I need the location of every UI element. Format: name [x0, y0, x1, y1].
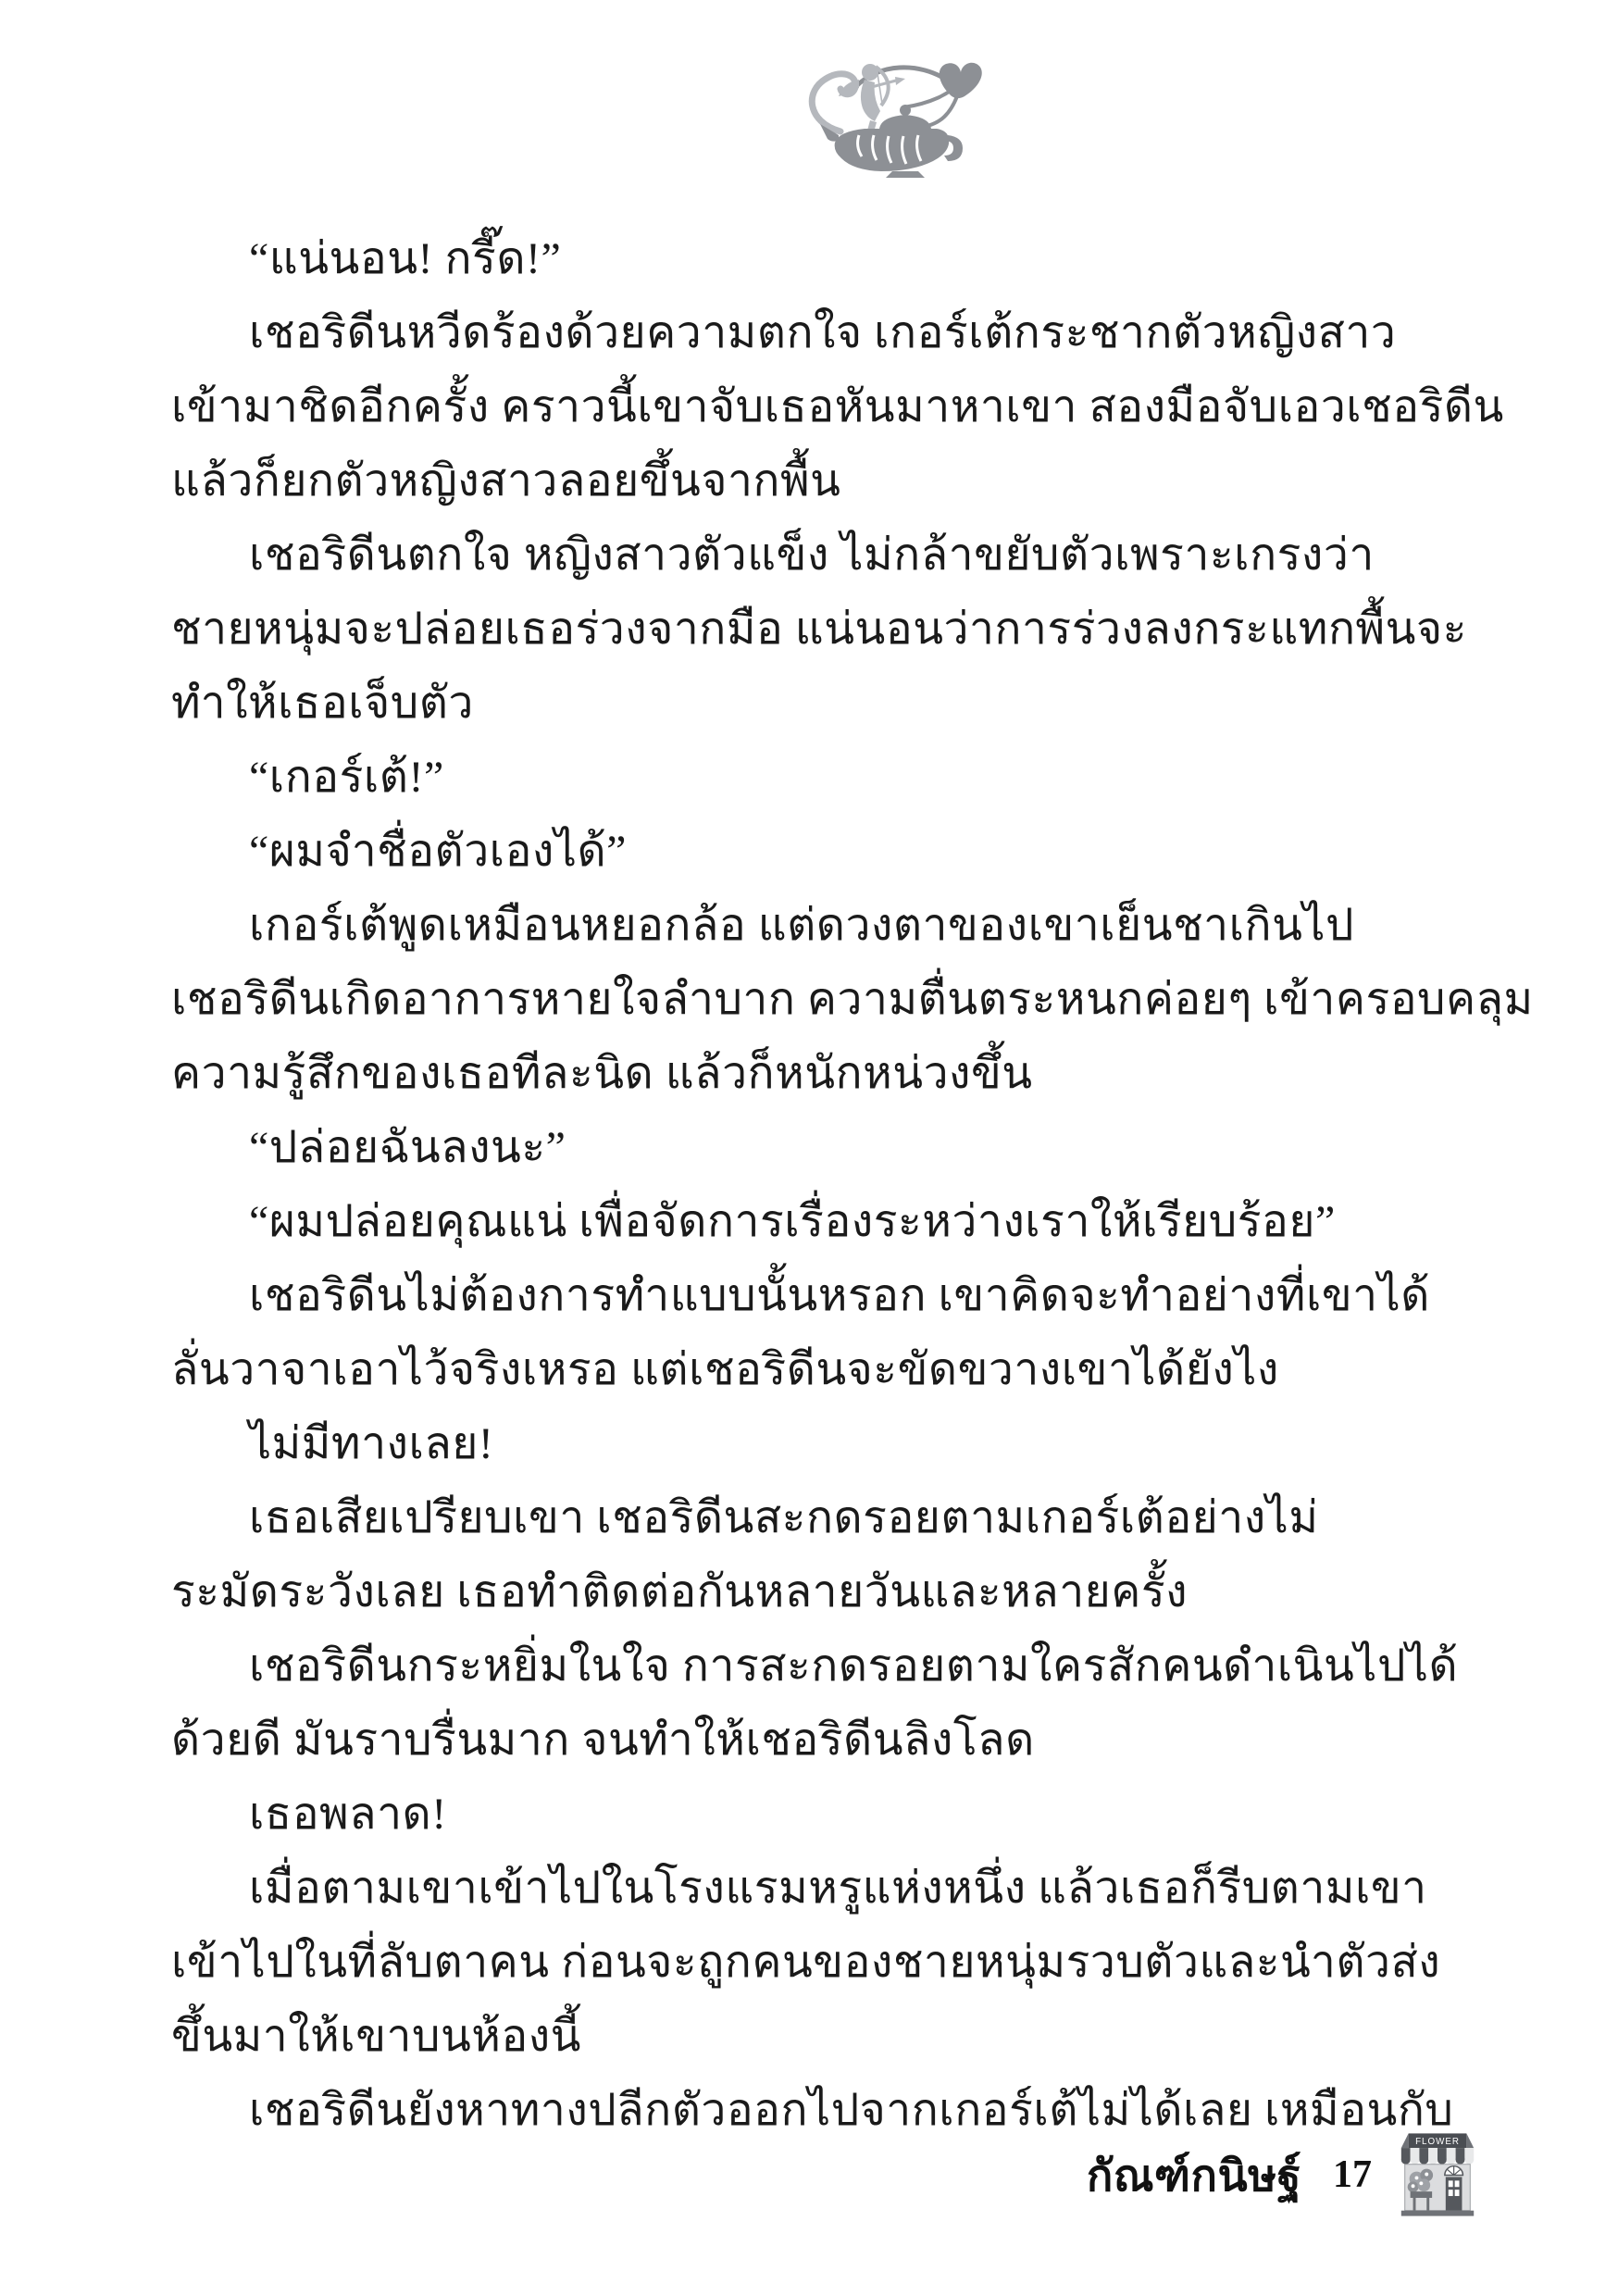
paragraph: “ปล่อยฉันลงนะ”	[171, 1111, 1458, 1185]
text-line: ขึ้นมาให้เขาบนห้องนี้	[171, 2000, 1458, 2074]
text-line: ระมัดระวังเลย เธอทำติดต่อกันหลายวันและหล…	[171, 1555, 1458, 1629]
text-block: “แน่นอน! กรี๊ด!”เชอริดีนหวีดร้องด้วยความ…	[171, 222, 1458, 2148]
text-line: “ผมจำชื่อตัวเองได้”	[171, 815, 1458, 889]
text-line: เข้ามาชิดอีกครั้ง คราวนี้เขาจับเธอหันมาห…	[171, 370, 1458, 444]
text-line: ความรู้สึกของเธอทีละนิด แล้วก็หนักหน่วงข…	[171, 1037, 1458, 1111]
text-line: เชอริดีนหวีดร้องด้วยความตกใจ เกอร์เต้กระ…	[171, 296, 1458, 370]
text-line: ลั่นวาจาเอาไว้จริงเหรอ แต่เชอริดีนจะขัดข…	[171, 1333, 1458, 1407]
page-footer: กัณฑ์กนิษฐ์ 17 FLOWER	[1087, 2128, 1483, 2222]
text-line: “แน่นอน! กรี๊ด!”	[171, 222, 1458, 296]
page-number: 17	[1333, 2152, 1372, 2197]
flower-shop-icon: FLOWER	[1392, 2131, 1483, 2218]
paragraph: ไม่มีทางเลย!	[171, 1407, 1458, 1481]
paragraph: เชอริดีนไม่ต้องการทำแบบนั้นหรอก เขาคิดจะ…	[171, 1259, 1458, 1407]
awning	[1401, 2148, 1474, 2165]
text-line: ไม่มีทางเลย!	[171, 1407, 1458, 1481]
text-line: “ปล่อยฉันลงนะ”	[171, 1111, 1458, 1185]
paragraph: เมื่อตามเขาเข้าไปในโรงแรมหรูแห่งหนึ่ง แล…	[171, 1852, 1458, 2074]
text-line: ทำให้เธอเจ็บตัว	[171, 667, 1458, 741]
text-line: “เกอร์เต้!”	[171, 741, 1458, 815]
text-line: เชอริดีนกระหยิ่มในใจ การสะกดรอยตามใครสัก…	[171, 1629, 1458, 1703]
text-line: เชอริดีนตกใจ หญิงสาวตัวแข็ง ไม่กล้าขยับต…	[171, 518, 1458, 593]
paragraph: เชอริดีนกระหยิ่มในใจ การสะกดรอยตามใครสัก…	[171, 1629, 1458, 1778]
text-line: เมื่อตามเขาเข้าไปในโรงแรมหรูแห่งหนึ่ง แล…	[171, 1852, 1458, 1926]
text-line: แล้วก็ยกตัวหญิงสาวลอยขึ้นจากพื้น	[171, 444, 1458, 518]
text-line: ด้วยดี มันราบรื่นมาก จนทำให้เชอริดีนลิงโ…	[171, 1703, 1458, 1778]
author-name: กัณฑ์กนิษฐ์	[1087, 2140, 1301, 2210]
paragraph: เชอริดีนหวีดร้องด้วยความตกใจ เกอร์เต้กระ…	[171, 296, 1458, 518]
text-line: เธอพลาด!	[171, 1778, 1458, 1852]
shop-sign-text: FLOWER	[1415, 2137, 1460, 2147]
book-page: “แน่นอน! กรี๊ด!”เชอริดีนหวีดร้องด้วยความ…	[0, 0, 1618, 2296]
paragraph: “ผมจำชื่อตัวเองได้”	[171, 815, 1458, 889]
text-line: “ผมปล่อยคุณแน่ เพื่อจัดการเรื่องระหว่างเ…	[171, 1185, 1458, 1259]
paragraph: เกอร์เต้พูดเหมือนหยอกล้อ แต่ดวงตาของเขาเ…	[171, 889, 1458, 1111]
paragraph: “เกอร์เต้!”	[171, 741, 1458, 815]
genie-lamp-icon	[820, 105, 963, 178]
paragraph: เชอริดีนตกใจ หญิงสาวตัวแข็ง ไม่กล้าขยับต…	[171, 518, 1458, 741]
text-line: เชอริดีนเกิดอาการหายใจลำบาก ความตื่นตระห…	[171, 963, 1458, 1037]
text-line: เชอริดีนไม่ต้องการทำแบบนั้นหรอก เขาคิดจะ…	[171, 1259, 1458, 1333]
paragraph: เธอเสียเปรียบเขา เชอริดีนสะกดรอยตามเกอร์…	[171, 1481, 1458, 1629]
text-line: เธอเสียเปรียบเขา เชอริดีนสะกดรอยตามเกอร์…	[171, 1481, 1458, 1555]
paragraph: “ผมปล่อยคุณแน่ เพื่อจัดการเรื่องระหว่างเ…	[171, 1185, 1458, 1259]
text-line: ชายหนุ่มจะปล่อยเธอร่วงจากมือ แน่นอนว่ากา…	[171, 593, 1458, 667]
cupid-lamp-ornament	[766, 39, 989, 178]
paragraph: “แน่นอน! กรี๊ด!”	[171, 222, 1458, 296]
text-line: เกอร์เต้พูดเหมือนหยอกล้อ แต่ดวงตาของเขาเ…	[171, 889, 1458, 963]
text-line: เข้าไปในที่ลับตาคน ก่อนจะถูกคนของชายหนุ่…	[171, 1926, 1458, 2000]
paragraph: เธอพลาด!	[171, 1778, 1458, 1852]
